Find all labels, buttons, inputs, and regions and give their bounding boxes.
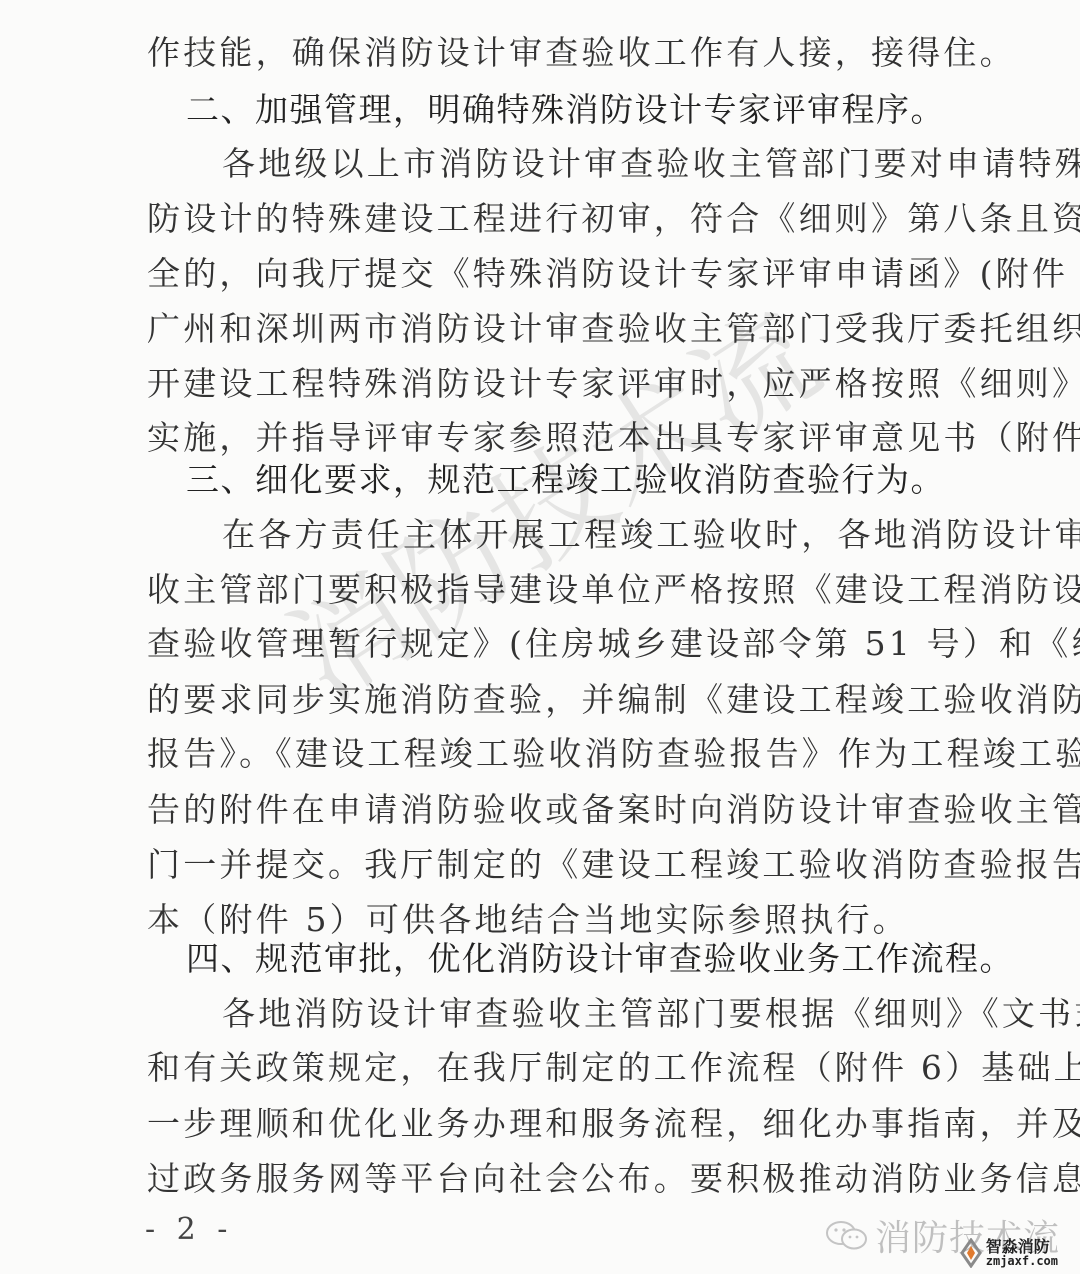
text-line: 实施，并指导评审专家参照范本出具专家评审意见书（附件 4）。 [147,418,927,458]
text-line: 开建设工程特殊消防设计专家评审时，应严格按照《细则》要求 [147,364,927,404]
wechat-icon [825,1219,869,1253]
document-page: 消防技术流 作技能，确保消防设计审查验收工作有人接，接得住。二、加强管理，明确特… [0,0,1080,1274]
text-line: 作技能，确保消防设计审查验收工作有人接，接得住。 [147,33,927,73]
diamond-logo-icon [960,1238,982,1268]
text-line: 防设计的特殊建设工程进行初审，符合《细则》第八条且资料齐 [147,199,927,239]
brand-url: zmjaxf.com [986,1255,1058,1267]
text-line: 过政务服务网等平台向社会公布。要积极推动消防业务信息化平 [147,1159,927,1199]
text-line: 广州和深圳两市消防设计审查验收主管部门受我厅委托组织召 [147,309,927,349]
text-line: 查验收管理暂行规定》(住房城乡建设部令第 51 号）和《细则》 [147,624,927,664]
text-line: 各地级以上市消防设计审查验收主管部门要对申请特殊消 [222,144,1002,184]
text-line: 门一并提交。我厅制定的《建设工程竣工验收消防查验报告》范 [147,845,927,885]
page-number: - 2 - [145,1212,233,1247]
text-line: 报告》。《建设工程竣工验收消防查验报告》作为工程竣工验收报 [147,734,927,774]
text-line: 在各方责任主体开展工程竣工验收时，各地消防设计审查验 [222,515,1002,555]
text-line: 和有关政策规定，在我厅制定的工作流程（附件 6）基础上，进 [147,1048,927,1088]
brand-name: 智淼消防 [986,1239,1058,1255]
text-line: 的要求同步实施消防查验，并编制《建设工程竣工验收消防查验 [147,680,927,720]
text-line: 本（附件 5）可供各地结合当地实际参照执行。 [147,900,927,940]
text-line: 一步理顺和优化业务办理和服务流程，细化办事指南，并及时通 [147,1104,927,1144]
brand-watermark: 智淼消防 zmjaxf.com [960,1238,1058,1268]
section-heading: 四、规范审批，优化消防设计审查验收业务工作流程。 [186,939,966,979]
section-heading: 二、加强管理，明确特殊消防设计专家评审程序。 [186,90,966,130]
text-line: 收主管部门要积极指导建设单位严格按照《建设工程消防设计审 [147,570,927,610]
section-heading: 三、细化要求，规范工程竣工验收消防查验行为。 [186,460,966,500]
text-line: 各地消防设计审查验收主管部门要根据《细则》《文书式样》 [222,994,1002,1034]
text-line: 告的附件在申请消防验收或备案时向消防设计审查验收主管部 [147,790,927,830]
text-line: 全的，向我厅提交《特殊消防设计专家评审申请函》(附件 3)。 [147,254,927,294]
